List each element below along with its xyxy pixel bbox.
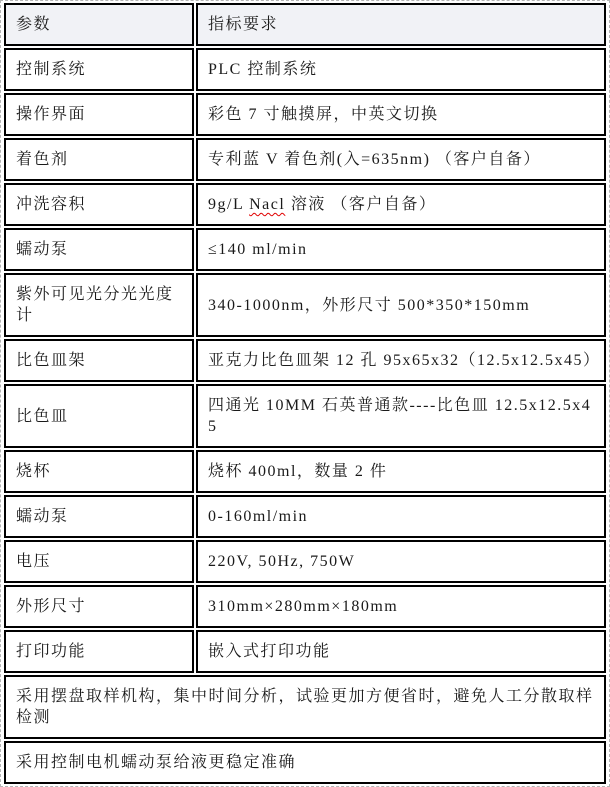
header-param-cell: 参数 [4, 3, 194, 46]
table-row: 蠕动泵 0-160ml/min [4, 495, 606, 538]
table-row: 打印功能 嵌入式打印功能 [4, 630, 606, 673]
table-row: 电压 220V, 50Hz, 750W [4, 540, 606, 583]
misspelled-word: Nacl [249, 196, 285, 213]
table-row: 外形尺寸 310mm×280mm×180mm [4, 585, 606, 628]
spec-cell: 四通光 10MM 石英普通款----比色皿 12.5x12.5x45 [196, 384, 606, 448]
param-cell: 比色皿架 [4, 339, 194, 382]
param-cell: 控制系统 [4, 48, 194, 91]
param-cell: 蠕动泵 [4, 228, 194, 271]
param-cell: 紫外可见光分光光度计 [4, 273, 194, 337]
table-row: 紫外可见光分光光度计 340-1000nm，外形尺寸 500*350*150mm [4, 273, 606, 337]
table-row: 烧杯 烧杯 400ml，数量 2 件 [4, 450, 606, 493]
spec-cell: 亚克力比色皿架 12 孔 95x65x32（12.5x12.5x45） [196, 339, 606, 382]
table-row: 蠕动泵 ≤140 ml/min [4, 228, 606, 271]
footnote-cell: 采用控制电机蠕动泵给液更稳定准确 [4, 741, 606, 784]
footnote-cell: 采用摆盘取样机构，集中时间分析，试验更加方便省时，避免人工分散取样检测 [4, 675, 606, 739]
param-cell: 外形尺寸 [4, 585, 194, 628]
table-row: 比色皿 四通光 10MM 石英普通款----比色皿 12.5x12.5x45 [4, 384, 606, 448]
param-cell: 打印功能 [4, 630, 194, 673]
param-cell: 操作界面 [4, 93, 194, 136]
param-cell: 蠕动泵 [4, 495, 194, 538]
table-row: 冲洗容积 9g/L Nacl 溶液 （客户自备） [4, 183, 606, 226]
spec-cell: 彩色 7 寸触摸屏，中英文切换 [196, 93, 606, 136]
table-header-row: 参数 指标要求 [4, 3, 606, 46]
footnote-row: 采用摆盘取样机构，集中时间分析，试验更加方便省时，避免人工分散取样检测 [4, 675, 606, 739]
spec-text: 9g/L [208, 196, 249, 213]
table-row: 比色皿架 亚克力比色皿架 12 孔 95x65x32（12.5x12.5x45） [4, 339, 606, 382]
spec-cell: 专利蓝 V 着色剂(入=635nm) （客户自备） [196, 138, 606, 181]
spec-table: 参数 指标要求 控制系统 PLC 控制系统 操作界面 彩色 7 寸触摸屏，中英文… [2, 1, 608, 786]
param-cell: 比色皿 [4, 384, 194, 448]
spec-cell: PLC 控制系统 [196, 48, 606, 91]
param-cell: 着色剂 [4, 138, 194, 181]
table-row: 着色剂 专利蓝 V 着色剂(入=635nm) （客户自备） [4, 138, 606, 181]
spec-cell: 340-1000nm，外形尺寸 500*350*150mm [196, 273, 606, 337]
document-page: 参数 指标要求 控制系统 PLC 控制系统 操作界面 彩色 7 寸触摸屏，中英文… [0, 0, 610, 787]
param-cell: 电压 [4, 540, 194, 583]
spec-cell: 220V, 50Hz, 750W [196, 540, 606, 583]
footnote-row: 采用控制电机蠕动泵给液更稳定准确 [4, 741, 606, 784]
spec-cell: 嵌入式打印功能 [196, 630, 606, 673]
spec-cell: 0-160ml/min [196, 495, 606, 538]
param-cell: 冲洗容积 [4, 183, 194, 226]
table-row: 操作界面 彩色 7 寸触摸屏，中英文切换 [4, 93, 606, 136]
spec-cell: ≤140 ml/min [196, 228, 606, 271]
header-spec-cell: 指标要求 [196, 3, 606, 46]
spec-cell: 310mm×280mm×180mm [196, 585, 606, 628]
spec-cell: 烧杯 400ml，数量 2 件 [196, 450, 606, 493]
spec-text: 溶液 （客户自备） [285, 196, 436, 213]
param-cell: 烧杯 [4, 450, 194, 493]
table-row: 控制系统 PLC 控制系统 [4, 48, 606, 91]
spec-cell: 9g/L Nacl 溶液 （客户自备） [196, 183, 606, 226]
